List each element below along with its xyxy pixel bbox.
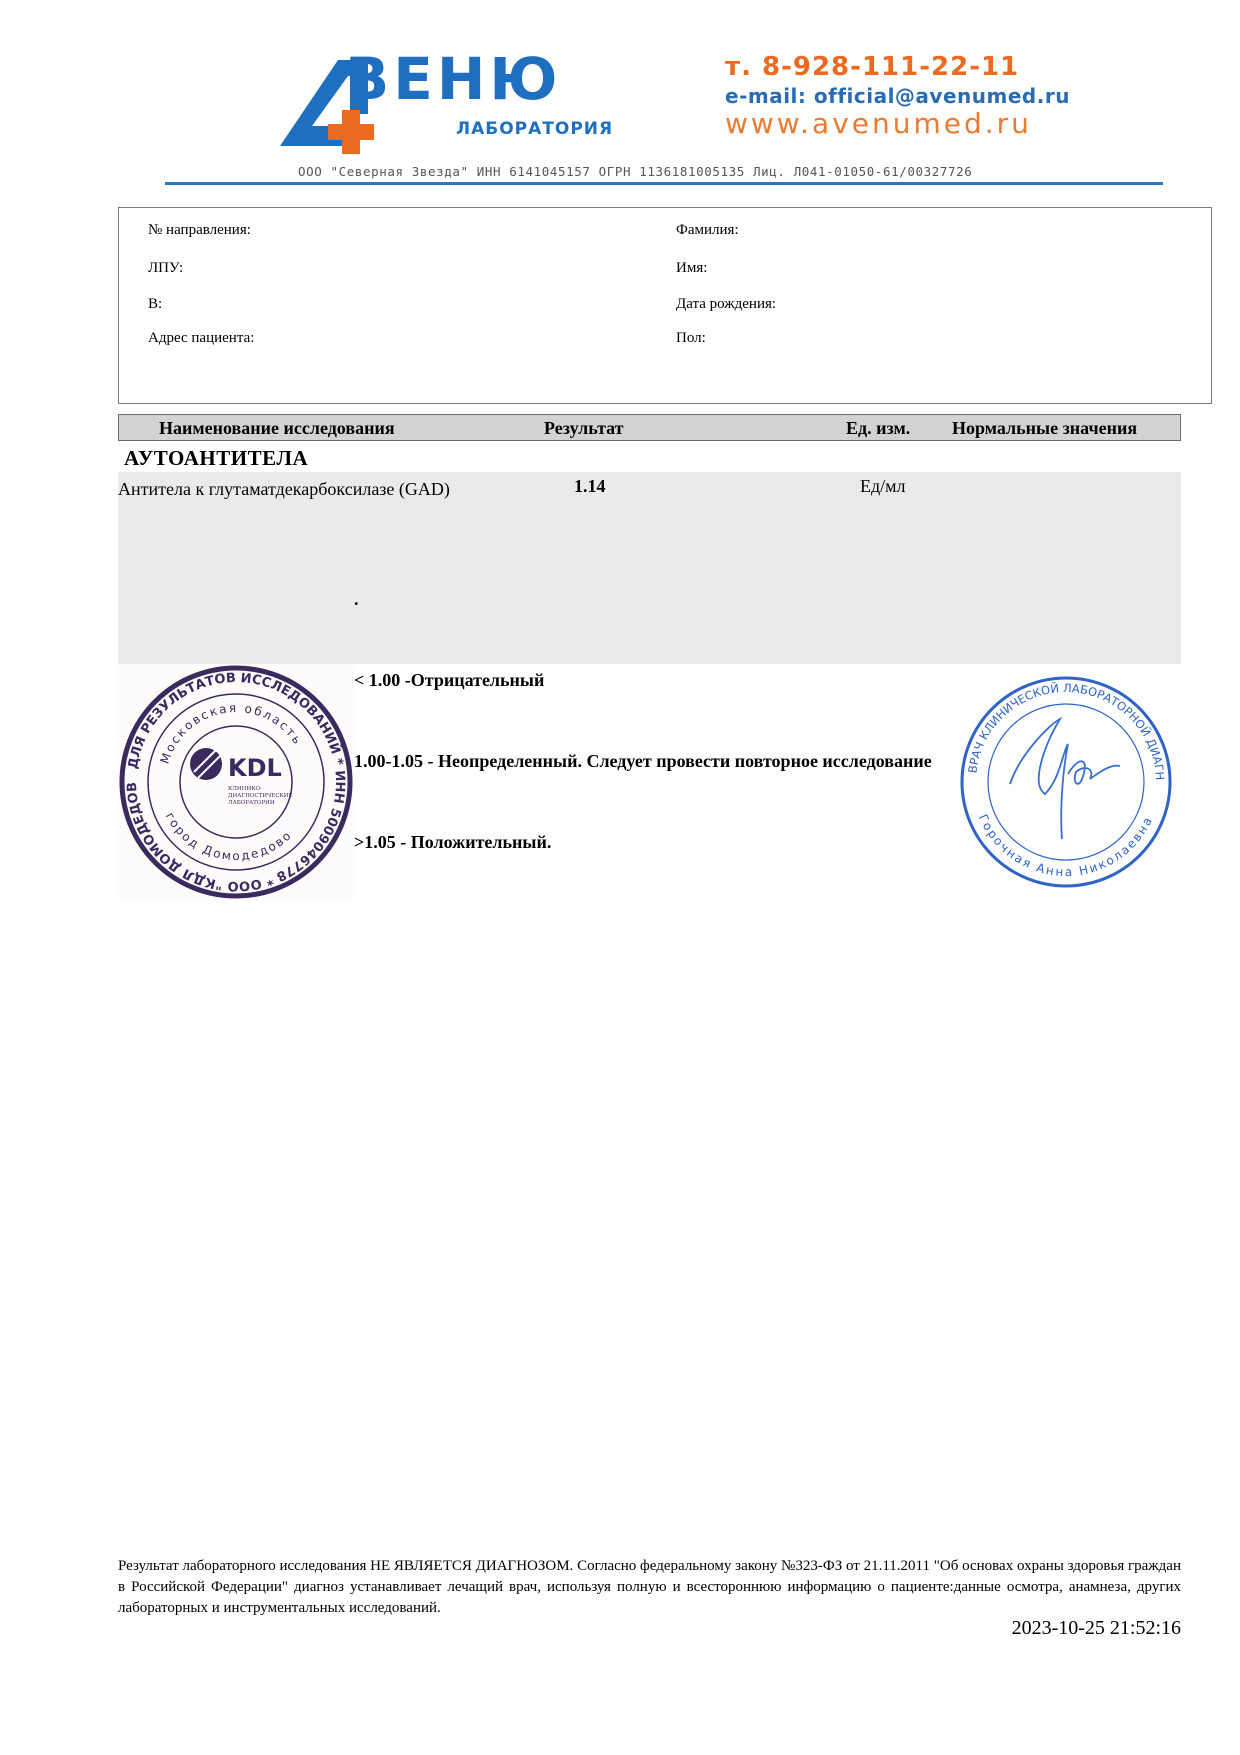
test-result: 1.14 [574,476,606,497]
test-unit: Ед/мл [860,476,906,497]
brand-subtitle: ЛАБОРАТОРИЯ [456,119,613,139]
doctor-stamp: ВРАЧ КЛИНИЧЕСКОЙ ЛАБОРАТОРНОЙ ДИАГНОСТИК… [950,664,1182,900]
disclaimer: Результат лабораторного исследования НЕ … [118,1556,1181,1619]
test-name: Антитела к глутаматдекарбоксилазе (GAD) [118,476,478,503]
brand-name: ВЕНЮ [345,50,561,108]
patient-info-box: № направления: ЛПУ: В: Адрес пациента: Ф… [118,207,1212,404]
legal-info: ООО "Северная Звезда" ИНН 6141045157 ОГР… [298,164,972,179]
svg-text:Горочная Анна Николаевна: Горочная Анна Николаевна [976,812,1156,879]
reference-line: 1.00-1.05 - Неопределенный. Следует пров… [354,748,932,775]
signature-icon [1010,719,1120,839]
svg-text:ДИАГНОСТИЧЕСКИЕ: ДИАГНОСТИЧЕСКИЕ [228,793,293,799]
field-surname: Фамилия: [676,222,739,239]
field-v: В: [148,296,162,313]
svg-text:KDL: KDL [228,754,282,782]
contact-website: www.avenumed.ru [725,110,1070,138]
field-sex: Пол: [676,330,706,347]
svg-text:город Домодедово: город Домодедово [163,810,295,863]
contacts: т. 8-928-111-22-11 e-mail: official@aven… [725,54,1070,138]
field-referral-number: № направления: [148,222,251,239]
doctor-stamp-icon: ВРАЧ КЛИНИЧЕСКОЙ ЛАБОРАТОРНОЙ ДИАГНОСТИК… [950,664,1182,900]
header-divider [165,182,1163,185]
field-first-name: Имя: [676,260,707,277]
reference-line: . [354,586,932,613]
header-unit: Ед. изм. [846,418,910,439]
field-birth-date: Дата рождения: [676,296,776,313]
kdl-stamp: ДЛЯ РЕЗУЛЬТАТОВ ИССЛЕДОВАНИЙ * ИНН 50090… [118,664,354,900]
header-test-name: Наименование исследования [159,418,395,439]
report-timestamp: 2023-10-25 21:52:16 [1012,1617,1181,1640]
header-normal-values: Нормальные значения [952,418,1137,439]
reference-line: >1.05 - Положительный. [354,829,932,856]
kdl-stamp-icon: ДЛЯ РЕЗУЛЬТАТОВ ИССЛЕДОВАНИЙ * ИНН 50090… [118,664,354,900]
contact-email: e-mail: official@avenumed.ru [725,86,1070,106]
table-row: Антитела к глутаматдекарбоксилазе (GAD) … [118,472,1181,664]
field-lpu: ЛПУ: [148,260,183,277]
section-title: АУТОАНТИТЕЛА [124,446,308,471]
results-table-header: Наименование исследования Результат Ед. … [118,414,1181,441]
svg-text:ЛАБОРАТОРИИ: ЛАБОРАТОРИИ [228,800,275,806]
reference-line: < 1.00 -Отрицательный [354,667,932,694]
letterhead: ВЕНЮ ЛАБОРАТОРИЯ т. 8-928-111-22-11 e-ma… [160,40,1160,190]
field-patient-address: Адрес пациента: [148,330,254,347]
svg-text:КЛИНИКО-: КЛИНИКО- [228,786,262,792]
header-result: Результат [544,418,624,439]
contact-phone: т. 8-928-111-22-11 [725,54,1070,80]
reference-ranges: . < 1.00 -Отрицательный 1.00-1.05 - Неоп… [354,532,932,910]
